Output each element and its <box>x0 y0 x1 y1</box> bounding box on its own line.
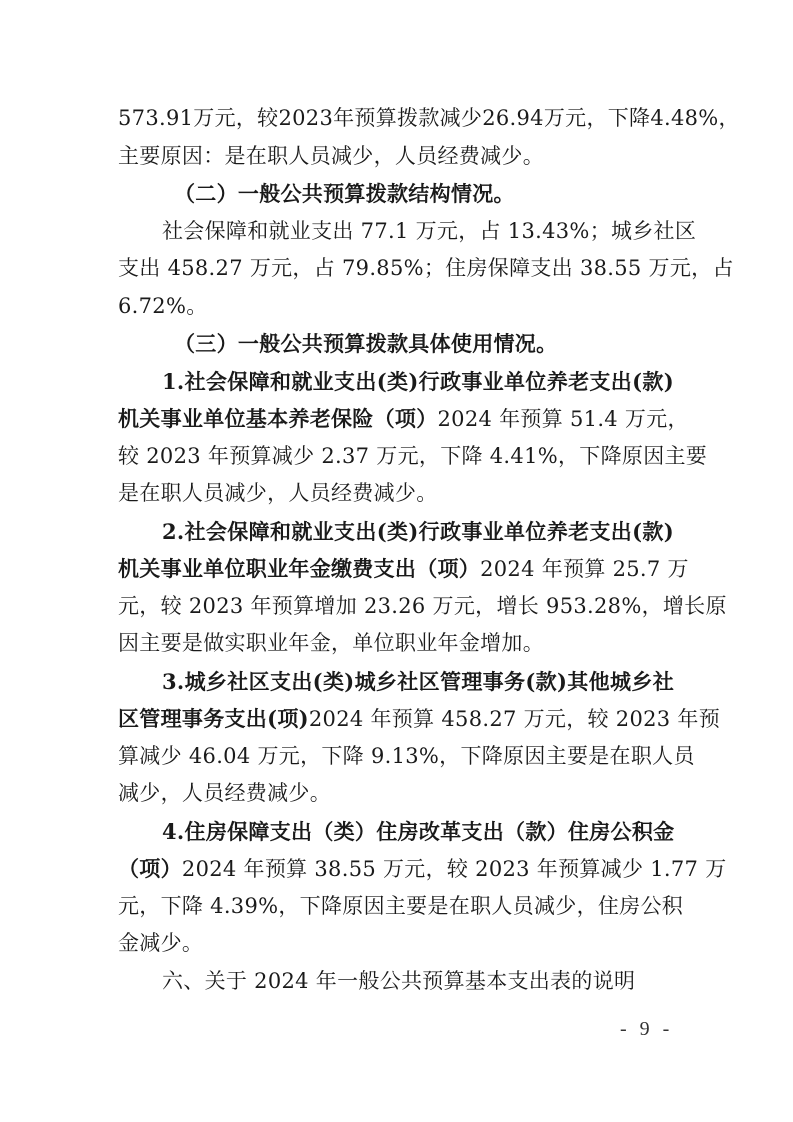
page-number: - 9 - <box>620 1018 673 1041</box>
item-3-line-2: 区管理事务支出(项)2024 年预算 458.27 万元，较 2023 年预 <box>118 700 674 738</box>
section-6-heading: 六、关于 2024 年一般公共预算基本支出表的说明 <box>118 963 674 1001</box>
structure-line-3: 6.72%。 <box>118 288 674 326</box>
item-4-line-3: 元，下降 4.39%，下降原因主要是在职人员减少，住房公积 <box>118 888 674 926</box>
item-1-text-1: 2024 年预算 51.4 万元， <box>438 407 689 431</box>
item-3-line-3: 算减少 46.04 万元，下降 9.13%，下降原因主要是在职人员 <box>118 738 674 776</box>
item-2-text-1: 2024 年预算 25.7 万 <box>480 557 689 581</box>
item-2-line-2: 机关事业单位职业年金缴费支出（项）2024 年预算 25.7 万 <box>118 550 674 588</box>
item-3-title-line-2: 区管理事务支出(项) <box>118 706 309 731</box>
item-1-title-line-2: 机关事业单位基本养老保险（项） <box>118 406 438 431</box>
item-4-line-2: （项）2024 年预算 38.55 万元，较 2023 年预算减少 1.77 万 <box>118 850 674 888</box>
item-2-title-line-1: 2.社会保障和就业支出(类)行政事业单位养老支出(款) <box>118 513 674 551</box>
item-3-title-line-1: 3.城乡社区支出(类)城乡社区管理事务(款)其他城乡社 <box>118 663 674 701</box>
item-1-line-3: 较 2023 年预算减少 2.37 万元，下降 4.41%，下降原因主要 <box>118 438 674 476</box>
item-1-line-4: 是在职人员减少，人员经费减少。 <box>118 475 674 513</box>
item-4-line-4: 金减少。 <box>118 925 674 963</box>
intro-line-1: 573.91万元，较2023年预算拨款减少26.94万元，下降4.48%， <box>118 100 674 138</box>
item-1-title-line-1: 1.社会保障和就业支出(类)行政事业单位养老支出(款) <box>118 363 674 401</box>
structure-line-2: 支出 458.27 万元，占 79.85%；住房保障支出 38.55 万元，占 <box>118 250 674 288</box>
item-1-line-2: 机关事业单位基本养老保险（项）2024 年预算 51.4 万元， <box>118 400 674 438</box>
item-2-line-4: 因主要是做实职业年金，单位职业年金增加。 <box>118 625 674 663</box>
intro-line-2: 主要原因：是在职人员减少，人员经费减少。 <box>118 138 674 176</box>
item-3-line-4: 减少，人员经费减少。 <box>118 775 674 813</box>
heading-usage: （三）一般公共预算拨款具体使用情况。 <box>118 325 674 363</box>
item-4-title-line-2: （项） <box>118 856 182 881</box>
item-3-text-1: 2024 年预算 458.27 万元，较 2023 年预 <box>309 707 720 731</box>
item-4-text-1: 2024 年预算 38.55 万元，较 2023 年预算减少 1.77 万 <box>182 857 727 881</box>
document-page: 573.91万元，较2023年预算拨款减少26.94万元，下降4.48%， 主要… <box>118 100 674 1000</box>
structure-line-1: 社会保障和就业支出 77.1 万元，占 13.43%；城乡社区 <box>118 213 674 251</box>
heading-structure: （二）一般公共预算拨款结构情况。 <box>118 175 674 213</box>
item-4-title-line-1: 4.住房保障支出（类）住房改革支出（款）住房公积金 <box>118 813 674 851</box>
item-2-title-line-2: 机关事业单位职业年金缴费支出（项） <box>118 556 480 581</box>
item-2-line-3: 元，较 2023 年预算增加 23.26 万元，增长 953.28%，增长原 <box>118 588 674 626</box>
